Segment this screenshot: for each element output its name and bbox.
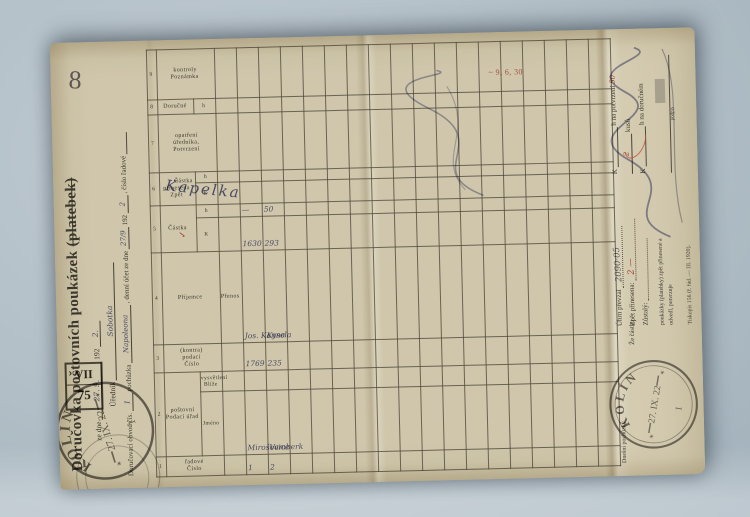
table-cell — [526, 209, 549, 244]
form-footer-section: Dnešní pochůzky Že částku Úhrn převzal 2… — [597, 27, 705, 476]
clerk-name-handwritten: Sobotka — [104, 262, 117, 380]
table-cell — [354, 388, 378, 453]
signature-flourish — [604, 42, 693, 244]
column-number: 8 — [148, 100, 158, 115]
table-cell — [284, 202, 306, 216]
table-cell — [507, 336, 530, 365]
table-cell — [223, 391, 246, 456]
table-cell: 1769 — [243, 342, 266, 371]
table-cell — [261, 170, 283, 182]
summary-label: Zpět přinesena: — [628, 282, 637, 326]
table-cell — [422, 450, 444, 471]
table-cell — [532, 447, 554, 468]
daily-account-year: 192 — [121, 215, 129, 226]
table-cell — [244, 370, 266, 391]
table-cell — [544, 40, 567, 91]
table-cell — [526, 196, 548, 210]
table-cell — [510, 448, 532, 469]
table-cell — [574, 362, 596, 383]
column-header-podaci-urad: Podací úřad poštovní — [164, 372, 202, 457]
table-cell — [504, 197, 526, 211]
postmark-star-icon: ✶ — [647, 433, 656, 440]
table-cell — [350, 214, 373, 249]
table-cell — [281, 96, 303, 112]
table-cell — [370, 109, 393, 168]
svg-text:KOLÍN: KOLÍN — [608, 366, 642, 432]
postmark-date: 27. IX. 22 — [647, 385, 663, 424]
table-cell — [523, 90, 545, 106]
table-cell — [353, 340, 376, 369]
box-stamp-vii-75: VII 75 — [64, 362, 103, 411]
table-cell — [368, 44, 391, 95]
red-checkmark: ✓ — [178, 228, 191, 239]
table-cell — [371, 178, 394, 201]
table-cell — [332, 368, 354, 389]
column-header-cislo-podaci: Číslo podací (kontra) — [164, 343, 223, 372]
photo-background: Doručovka poštovních poukázek (platebek)… — [0, 0, 750, 517]
table-cell: 235 — [265, 342, 288, 371]
table-cell — [503, 164, 525, 176]
table-cell — [529, 335, 552, 364]
table-cell — [334, 452, 356, 473]
table-cell: 1630 — [240, 216, 263, 251]
table-cell — [327, 179, 350, 202]
table-cell — [442, 365, 464, 386]
table-cell — [482, 210, 505, 245]
ink-scribble — [402, 63, 505, 205]
table-cell — [530, 363, 552, 384]
table-cell — [547, 174, 570, 197]
table-cell: Mirošovice — [244, 390, 268, 455]
table-cell — [290, 453, 312, 474]
summary-label: Úhrn převzal — [615, 289, 624, 326]
table-cell — [375, 339, 398, 368]
table-cell — [305, 180, 328, 203]
postmark-kolin-2: KOLÍN 27. IX. 22 1 ✶ ✶ — [599, 350, 705, 458]
table-cell — [574, 382, 598, 447]
table-cell — [460, 211, 483, 246]
table-cell — [218, 217, 241, 252]
table-cell — [500, 41, 523, 92]
summary-label: Zůstalý: — [641, 302, 650, 325]
postmark-date: 27. IX. 22 — [95, 408, 118, 452]
table-cell — [486, 364, 508, 385]
table-cell — [438, 211, 461, 246]
column-header-dorucne: Doručné — [158, 99, 194, 115]
table-cell — [349, 168, 371, 180]
svg-text:1: 1 — [127, 418, 139, 426]
postmark-number: 1 — [127, 418, 139, 426]
table-cell — [419, 338, 442, 367]
ordinal-label: , číslo řadové — [119, 156, 128, 194]
table-cell — [310, 369, 332, 390]
table-cell — [372, 200, 394, 214]
table-cell — [351, 248, 375, 341]
red-margin-note: ~ 9, 6, 30 — [488, 67, 525, 77]
table-cell — [326, 110, 349, 169]
table-cell — [568, 104, 591, 163]
table-cell — [332, 388, 356, 453]
table-cell — [280, 46, 303, 97]
svg-text:1: 1 — [674, 405, 685, 412]
table-cell — [524, 105, 547, 164]
table-cell — [328, 214, 351, 249]
table-cell — [287, 341, 310, 370]
table-cell — [420, 386, 444, 451]
postmark-town: KOLÍN — [608, 366, 642, 432]
table-cell — [304, 111, 327, 170]
table-cell — [552, 363, 574, 384]
table-cell — [371, 167, 393, 179]
table-cell — [398, 386, 422, 451]
form-title-struck: (platebek) — [63, 177, 81, 246]
table-cell — [282, 111, 305, 170]
table-cell — [310, 389, 334, 454]
table-cell — [573, 334, 596, 363]
table-cell: 1 — [246, 454, 268, 475]
table-cell — [501, 91, 523, 107]
document-sheet: Doručovka poštovních poukázek (platebek)… — [50, 27, 706, 490]
postmark-number: 1 — [674, 405, 685, 412]
table-cell — [218, 204, 240, 218]
table-cell — [525, 174, 548, 197]
table-cell — [461, 245, 485, 338]
table-cell — [488, 448, 510, 469]
table-cell — [376, 387, 400, 452]
table-cell — [566, 39, 589, 90]
table-cell — [397, 339, 420, 368]
year-printed: 192 — [92, 348, 101, 359]
table-cell — [258, 47, 281, 98]
table-cell — [372, 213, 395, 248]
table-cell — [237, 97, 259, 113]
table-cell — [349, 179, 372, 202]
table-cell — [439, 245, 463, 338]
table-cell — [373, 247, 397, 340]
table-cell — [324, 45, 347, 96]
table-cell — [216, 98, 238, 114]
table-cell — [222, 371, 244, 392]
table-cell: — — [240, 203, 262, 217]
table-cell — [570, 208, 593, 243]
table-cell — [486, 384, 510, 449]
table-cell — [354, 368, 376, 389]
column-header-prijemce: Příjemce — [161, 251, 221, 344]
table-head: 1 2 3 4 5 6 7 8 9 Číslo řadové Podací úř… — [146, 48, 224, 477]
table-cell: 50 — [262, 203, 284, 217]
summary-dotted-line — [639, 239, 650, 301]
ordinal-blank — [117, 132, 128, 154]
table-cell — [417, 246, 441, 339]
table-cell — [284, 215, 307, 250]
box-stamp-bottom: 75 — [67, 385, 101, 406]
table-cell — [395, 247, 419, 340]
table-cell — [259, 97, 281, 113]
table-cell — [525, 163, 547, 175]
table-cell — [285, 249, 309, 342]
table-cell — [398, 366, 420, 387]
table-cell — [545, 90, 567, 106]
table-cell — [547, 163, 569, 175]
daily-account-date-handwritten: 27/9 — [119, 227, 130, 249]
table-cell — [283, 180, 306, 203]
table-cell — [549, 243, 573, 336]
clerk-line: Úředník Sobotka — [99, 52, 118, 407]
table-cell — [376, 367, 398, 388]
table-cell — [283, 169, 305, 181]
table-cell — [464, 365, 486, 386]
table-cell — [570, 195, 592, 209]
table-cell — [306, 215, 329, 250]
sub-header-blize: Blíže vysvětlení — [200, 371, 222, 392]
sub-header-h: h — [196, 204, 218, 218]
table-cell — [327, 168, 349, 180]
table-cell — [576, 446, 598, 467]
form-number: Tiskopis 156 (ř. řád. — III. 1920). — [686, 245, 694, 324]
table-cell: Kysela — [263, 250, 287, 343]
table-cell — [325, 95, 347, 111]
table-cell — [222, 343, 244, 372]
delivery-table: 1 2 3 4 5 6 7 8 9 Číslo řadové Podací úř… — [146, 38, 621, 477]
table-cell — [305, 169, 327, 181]
table-cell — [306, 202, 328, 216]
table-cell — [356, 452, 378, 473]
table-cell — [508, 364, 530, 385]
table-cell — [260, 112, 283, 171]
table-cell — [312, 453, 334, 474]
table-cell — [503, 175, 526, 198]
table-cell — [504, 210, 527, 245]
postmark-star-icon: ✶ — [658, 369, 667, 376]
daily-account-label: , denní účet ze dne — [122, 251, 131, 303]
table-cell — [485, 336, 508, 365]
table-cell — [502, 106, 525, 165]
table-cell — [328, 201, 350, 215]
column-number: 3 — [154, 345, 165, 373]
table-cell: 2 — [268, 454, 290, 475]
table-cell — [236, 47, 259, 98]
table-cell — [309, 341, 332, 370]
table-cell — [548, 196, 570, 210]
table-cell — [567, 89, 589, 105]
ordinal-number-handwritten: 8 — [58, 65, 89, 96]
table-cell — [307, 249, 331, 342]
table-cell — [522, 40, 545, 91]
table-cell: Vamberk — [266, 390, 290, 455]
table-cell — [444, 449, 466, 470]
table-cell — [466, 449, 488, 470]
table-cell — [224, 455, 246, 476]
table-cell — [238, 112, 261, 171]
box-stamp-top: VII — [67, 364, 102, 386]
table-cell — [348, 110, 371, 169]
year-handwritten: 2. — [90, 321, 101, 347]
table-cell — [347, 95, 369, 111]
table-cell: 293 — [262, 216, 285, 251]
table-cell — [527, 243, 551, 336]
sub-header-jmeno: Jméno — [201, 391, 225, 456]
table-cell — [302, 46, 325, 97]
table-cell — [394, 213, 417, 248]
round-name-handwritten: Napoleona — [121, 305, 132, 363]
table-cell — [530, 383, 554, 448]
table-cell — [441, 337, 464, 366]
table-cell — [464, 385, 488, 450]
table-cell — [400, 450, 422, 471]
table-cell — [416, 212, 439, 247]
table-cell — [350, 201, 372, 215]
column-header-cislo-radove: Číslo řadové — [166, 455, 224, 476]
table-cell: Jos. Kanna — [241, 250, 265, 343]
table-cell — [420, 366, 442, 387]
postmark-star-icon: ✶ — [115, 459, 124, 467]
table-cell — [378, 451, 400, 472]
table-cell — [548, 209, 571, 244]
table-cell — [216, 113, 239, 172]
table-cell — [552, 383, 576, 448]
table-cell — [331, 340, 354, 369]
table-cell — [571, 242, 595, 335]
table-cell — [551, 335, 574, 364]
table-cell — [508, 384, 532, 449]
table-cell — [569, 173, 592, 196]
table-cell — [369, 94, 391, 110]
table-cell — [483, 244, 507, 337]
table-cell — [546, 105, 569, 164]
sub-header-k: K — [196, 217, 219, 252]
table-cell — [303, 96, 325, 112]
daily-account-year-handwritten: 2 — [118, 195, 128, 213]
page: { "colors": { "background": "#a9b6bf", "… — [0, 0, 750, 517]
clerk-signature-overlay: Kapelka — [165, 180, 245, 199]
table-cell — [346, 45, 369, 96]
table-cell — [329, 248, 353, 341]
table-cell — [214, 48, 237, 99]
table-cell — [463, 337, 486, 366]
column-header-poznamka: Poznámka kontroly — [156, 48, 215, 99]
carryover-cell: Přenos — [219, 251, 243, 344]
table-cell — [261, 181, 284, 204]
table-cell — [505, 244, 529, 337]
table-cell — [266, 370, 288, 391]
column-header-potvrzeni: Potvrzení úředníka, opatření — [158, 113, 217, 172]
table-cell — [554, 447, 576, 468]
sub-header-h: h — [194, 98, 216, 114]
summary-value-handwritten: 2 — — [626, 258, 637, 275]
table-cell — [442, 385, 466, 450]
table-cell — [288, 369, 310, 390]
table-cell — [569, 162, 591, 174]
